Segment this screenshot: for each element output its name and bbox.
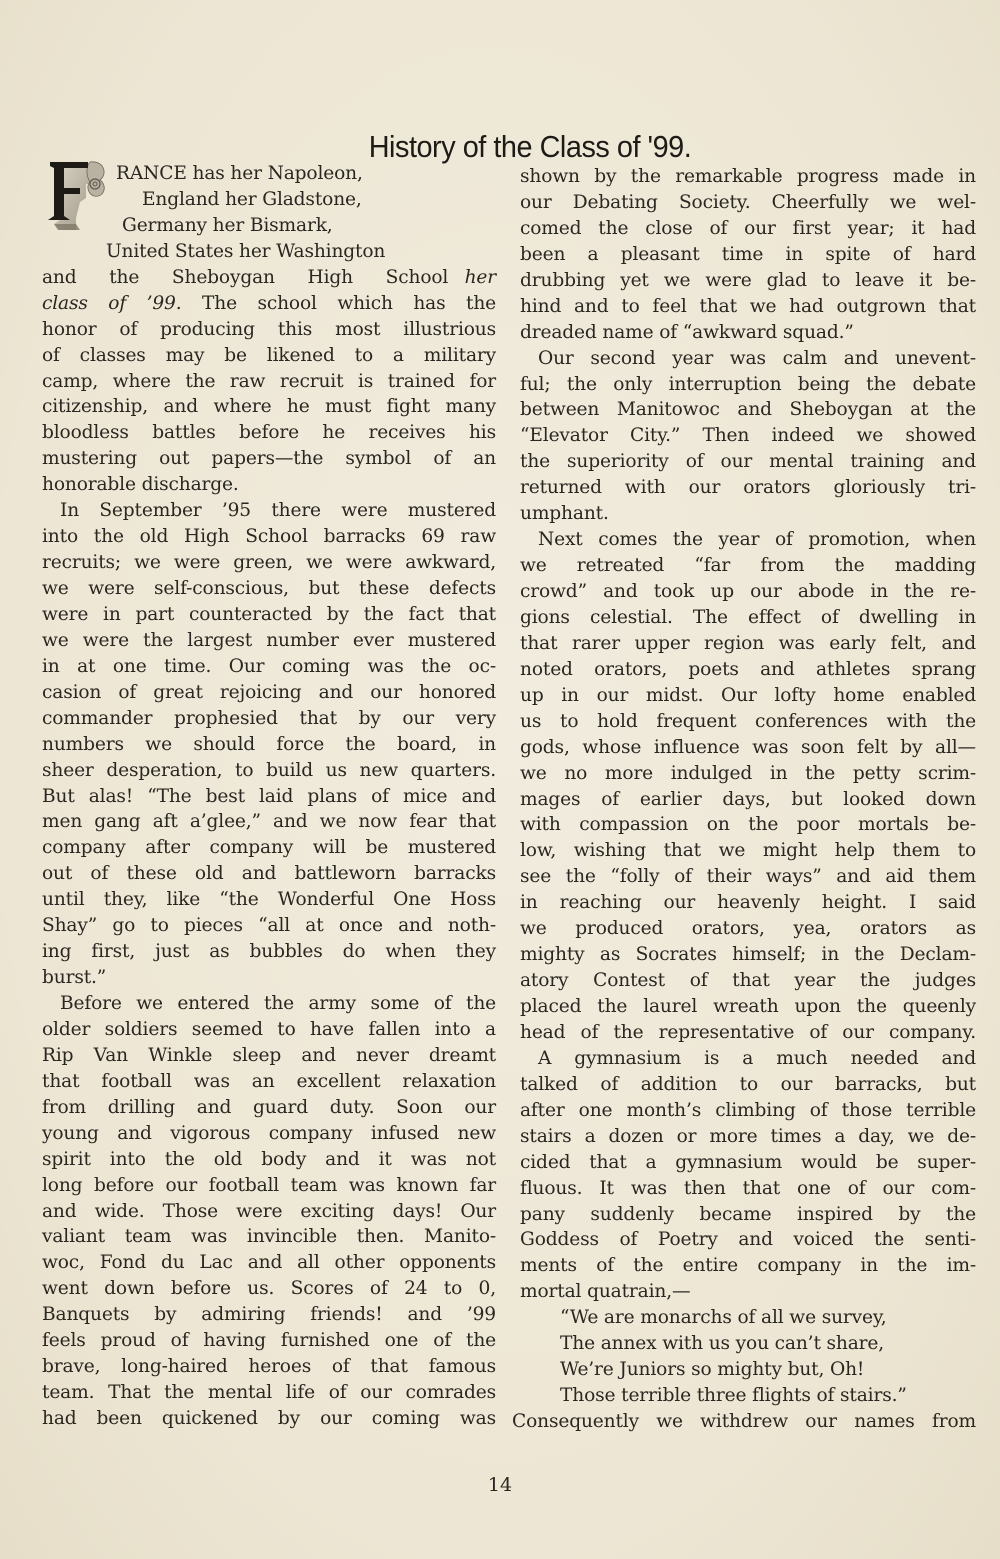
text-line: we no more indulged in the petty scrim-	[520, 761, 976, 787]
text-line: dreaded name of “awkward squad.”	[520, 320, 976, 346]
text-line: low, wishing that we might help them to	[520, 838, 976, 864]
text-line: But alas! “The best laid plans of mice a…	[42, 784, 496, 810]
text-line: gions celestial. The effect of dwelling …	[520, 605, 976, 631]
text-line: sheer desperation, to build us new quart…	[42, 758, 496, 784]
text-line: Rip Van Winkle sleep and never dreamt	[42, 1043, 496, 1069]
text-line: with compassion on the poor mortals be-	[520, 812, 976, 838]
text-line: numbers we should force the board, in	[42, 732, 496, 758]
text-line: team. That the mental life of our comrad…	[42, 1380, 496, 1406]
text-line: pany suddenly became inspired by the	[520, 1202, 976, 1228]
text-line: Goddess of Poetry and voiced the senti-	[520, 1227, 976, 1253]
text-line: spirit into the old body and it was not	[42, 1147, 496, 1173]
text-line: had been quickened by our coming was	[42, 1406, 496, 1432]
text-line: of classes may be likened to a military	[42, 343, 496, 369]
right-column: shown by the remarkable progress made in…	[520, 164, 976, 1435]
text-line: stairs a dozen or more times a day, we d…	[520, 1124, 976, 1150]
opening-line-2: England her Gladstone,	[42, 187, 496, 213]
text-line: “Elevator City.” Then indeed we showed	[520, 423, 976, 449]
text-line: atory Contest of that year the judges	[520, 968, 976, 994]
page-title: History of the Class of '99.	[37, 129, 1000, 165]
text-line: and wide. Those were exciting days! Our	[42, 1199, 496, 1225]
text-line: been a pleasant time in spite of hard	[520, 242, 976, 268]
text-line: in at one time. Our coming was the oc-	[42, 654, 496, 680]
text-line: between Manitowoc and Sheboygan at the	[520, 397, 976, 423]
text-line: Banquets by admiring friends! and ’99	[42, 1302, 496, 1328]
text-line: mortal quatrain,—	[520, 1279, 976, 1305]
text-line: fluous. It was then that one of our com-	[520, 1176, 976, 1202]
text-line: cided that a gymnasium would be super-	[520, 1150, 976, 1176]
text-line: class of ’99. The school which has the	[42, 291, 496, 317]
text-line: the superiority of our mental training a…	[520, 449, 976, 475]
text-line: mages of earlier days, but looked down	[520, 787, 976, 813]
text-line: Shay” go to pieces “all at once and noth…	[42, 913, 496, 939]
text-line: recruits; we were green, we were awkward…	[42, 550, 496, 576]
text-line: placed the laurel wreath upon the queenl…	[520, 994, 976, 1020]
text-line: feels proud of having furnished one of t…	[42, 1328, 496, 1354]
text-line: hind and to feel that we had outgrown th…	[520, 294, 976, 320]
text-line: we retreated “far from the madding	[520, 553, 976, 579]
text-line: commander prophesied that by our very	[42, 706, 496, 732]
text-line: up in our midst. Our lofty home enabled	[520, 683, 976, 709]
text-line: out of these old and battleworn barracks	[42, 861, 496, 887]
text-line: we produced orators, yea, orators as	[520, 916, 976, 942]
verse-line-2: The annex with us you can’t share,	[520, 1331, 976, 1357]
text-line: In September ’95 there were mustered	[42, 498, 496, 524]
text-line: into the old High School barracks 69 raw	[42, 524, 496, 550]
text-line: shown by the remarkable progress made in	[520, 164, 976, 190]
text-line: drubbing yet we were glad to leave it be…	[520, 268, 976, 294]
text-line: talked of addition to our barracks, but	[520, 1072, 976, 1098]
text-line: that football was an excellent relaxatio…	[42, 1069, 496, 1095]
text-line: brave, long-haired heroes of that famous	[42, 1354, 496, 1380]
text-line: A gymnasium is a much needed and	[520, 1046, 976, 1072]
text-line: young and vigorous company infused new	[42, 1121, 496, 1147]
text-line: honorable discharge.	[42, 472, 496, 498]
italic-text: her	[465, 267, 496, 288]
text-line: Before we entered the army some of the	[42, 991, 496, 1017]
text-line: Consequently we withdrew our names from	[512, 1409, 976, 1435]
verse-line-4: Those terrible three flights of stairs.”	[520, 1383, 976, 1409]
text-line: from drilling and guard duty. Soon our	[42, 1095, 496, 1121]
text-line: in reaching our heavenly height. I said	[520, 890, 976, 916]
text-line: ing first, just as bubbles do when they	[42, 939, 496, 965]
text-line: umphant.	[520, 501, 976, 527]
text-line: crowd” and took up our abode in the re-	[520, 579, 976, 605]
text-line: woc, Fond du Lac and all other opponents	[42, 1250, 496, 1276]
document-page: History of the Class of '99. RANCE has h…	[0, 0, 1000, 1559]
text-line: camp, where the raw recruit is trained f…	[42, 369, 496, 395]
text-line: older soldiers seemed to have fallen int…	[42, 1017, 496, 1043]
text-line: us to hold frequent conferences with the	[520, 709, 976, 735]
text-line: long before our football team was known …	[42, 1173, 496, 1199]
left-column: RANCE has her Napoleon, England her Glad…	[42, 161, 496, 1432]
text-line: ful; the only interruption being the deb…	[520, 372, 976, 398]
opening-line-4: United States her Washington	[42, 239, 496, 265]
text-line: citizenship, and where he must fight man…	[42, 394, 496, 420]
page-number: 14	[0, 1474, 1000, 1496]
text-span: and the Sheboygan High School	[42, 267, 465, 288]
text-line: valiant team was invincible then. Manito…	[42, 1224, 496, 1250]
text-line: ments of the entire company in the im-	[520, 1253, 976, 1279]
text-line: our Debating Society. Cheerfully we wel-	[520, 190, 976, 216]
verse-line-1: “We are monarchs of all we survey,	[520, 1305, 976, 1331]
text-line: we were self-conscious, but these defect…	[42, 576, 496, 602]
text-line: went down before us. Scores of 24 to 0,	[42, 1276, 496, 1302]
text-line: that rarer upper region was early felt, …	[520, 631, 976, 657]
text-line: gods, whose influence was soon felt by a…	[520, 735, 976, 761]
verse-line-3: We’re Juniors so mighty but, Oh!	[520, 1357, 976, 1383]
text-line: company after company will be mustered	[42, 835, 496, 861]
text-line: men gang aft a’glee,” and we now fear th…	[42, 809, 496, 835]
text-line: were in part counteracted by the fact th…	[42, 602, 496, 628]
text-line: burst.”	[42, 965, 496, 991]
text-line: mighty as Socrates himself; in the Decla…	[520, 942, 976, 968]
text-line: head of the representative of our compan…	[520, 1020, 976, 1046]
opening-line-3: Germany her Bismark,	[42, 213, 496, 239]
text-span: The school which has the	[181, 293, 496, 314]
opening-line-1: RANCE has her Napoleon,	[42, 161, 496, 187]
text-line: casion of great rejoicing and our honore…	[42, 680, 496, 706]
text-line: noted orators, poets and athletes sprang	[520, 657, 976, 683]
text-line: and the Sheboygan High School her	[42, 265, 496, 291]
italic-text: class of ’99.	[42, 293, 181, 314]
text-line: after one month’s climbing of those terr…	[520, 1098, 976, 1124]
text-line: comed the close of our first year; it ha…	[520, 216, 976, 242]
text-line: bloodless battles before he receives his	[42, 420, 496, 446]
text-line: honor of producing this most illustrious	[42, 317, 496, 343]
text-line: see the “folly of their ways” and aid th…	[520, 864, 976, 890]
text-line: mustering out papers—the symbol of an	[42, 446, 496, 472]
text-line: we were the largest number ever mustered	[42, 628, 496, 654]
text-line: until they, like “the Wonderful One Hoss	[42, 887, 496, 913]
text-line: Our second year was calm and unevent-	[520, 346, 976, 372]
text-line: returned with our orators gloriously tri…	[520, 475, 976, 501]
text-line: Next comes the year of promotion, when	[520, 527, 976, 553]
